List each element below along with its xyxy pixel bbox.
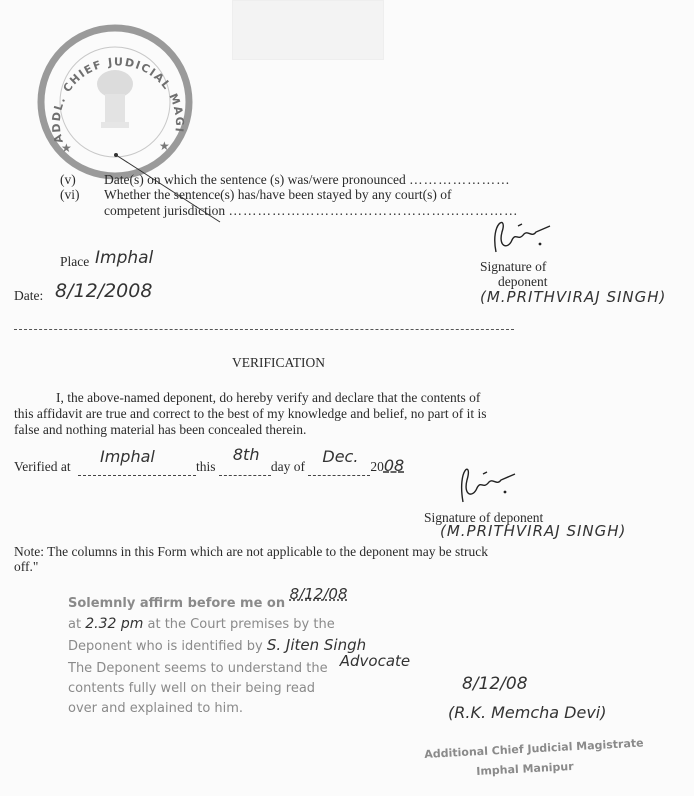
item-v-fill: ………………… bbox=[409, 172, 511, 187]
affirmation-line4: The Deponent seems to understand the Adv… bbox=[68, 657, 448, 679]
affirmation-text1: Solemnly affirm before me on bbox=[68, 596, 285, 611]
note-line2: off." bbox=[14, 559, 38, 575]
month-value: Dec. bbox=[322, 447, 358, 466]
day-of-label: day of bbox=[271, 459, 305, 474]
section-divider bbox=[14, 329, 514, 330]
note-line1: Note: The columns in this Form which are… bbox=[14, 544, 488, 560]
affirmation-at: at bbox=[68, 617, 81, 632]
verified-at-label: Verified at bbox=[14, 459, 71, 474]
verified-at-row: Verified at Imphal this 8th day of Dec. … bbox=[14, 456, 404, 476]
scan-artifact bbox=[232, 0, 384, 60]
item-vi-text2: competent jurisdiction ……………………………………………… bbox=[104, 203, 518, 219]
affirmation-identifier-role: Advocate bbox=[340, 652, 410, 670]
magistrate-place-stamp: Imphal Manipur bbox=[476, 760, 574, 778]
item-vi-number: (vi) bbox=[60, 187, 80, 203]
magistrate-name: (R.K. Memcha Devi) bbox=[448, 703, 607, 722]
day-value: 8th bbox=[233, 445, 260, 464]
item-vi-text: Whether the sentence(s) has/have been st… bbox=[104, 187, 451, 203]
affirmation-line2: at 2.32 pm at the Court premises by the bbox=[68, 614, 448, 635]
verification-para-line1: I, the above-named deponent, do hereby v… bbox=[56, 390, 480, 406]
deponent-name-1: (M.PRITHVIRAJ SINGH) bbox=[480, 288, 666, 306]
item-vi-label2: competent jurisdiction bbox=[104, 203, 225, 218]
item-v-label: Date(s) on which the sentence (s) was/we… bbox=[104, 172, 406, 187]
item-vi-fill: …………………………………………………… bbox=[228, 203, 518, 218]
affirmation-time: 2.32 pm bbox=[85, 616, 143, 632]
verification-para-line2: this affidavit are true and correct to t… bbox=[14, 406, 486, 422]
magistrate-initials-date: 8/12/08 bbox=[462, 674, 528, 694]
place-value: Imphal bbox=[95, 248, 153, 268]
svg-text:★: ★ bbox=[61, 141, 72, 155]
item-v-text: Date(s) on which the sentence (s) was/we… bbox=[104, 172, 511, 188]
year-suffix: 08 bbox=[384, 456, 404, 475]
deponent-signature-2 bbox=[455, 458, 525, 508]
date-value: 8/12/2008 bbox=[55, 280, 152, 302]
deponent-name-2: (M.PRITHVIRAJ SINGH) bbox=[440, 522, 626, 540]
affirmation-line6: over and explained to him. bbox=[68, 699, 448, 719]
affirmation-line1: Solemnly affirm before me on 8/12/08 bbox=[68, 592, 448, 614]
affirmation-line5: contents fully well on their being read bbox=[68, 679, 448, 699]
verification-title: VERIFICATION bbox=[232, 355, 325, 371]
year-prefix: 20 bbox=[370, 459, 384, 474]
date-label: Date: bbox=[14, 288, 43, 304]
magistrate-title-stamp: Additional Chief Judicial Magistrate bbox=[424, 737, 644, 761]
affirmation-text2: at the Court premises by the bbox=[148, 617, 335, 632]
signature-label-1: Signature of bbox=[480, 259, 546, 275]
affirmation-date: 8/12/08 bbox=[290, 585, 348, 603]
affirmation-text4: The Deponent seems to understand the bbox=[68, 661, 328, 676]
verified-at-value: Imphal bbox=[100, 447, 155, 466]
deponent-signature-1 bbox=[488, 212, 558, 262]
affirmation-stamp: Solemnly affirm before me on 8/12/08 at … bbox=[68, 592, 448, 719]
affirmation-text3: Deponent who is identified by bbox=[68, 639, 263, 654]
item-v-number: (v) bbox=[60, 172, 76, 188]
this-label: this bbox=[196, 459, 216, 474]
place-label: Place bbox=[60, 254, 89, 270]
verification-para-line3: false and nothing material has been conc… bbox=[14, 422, 306, 438]
